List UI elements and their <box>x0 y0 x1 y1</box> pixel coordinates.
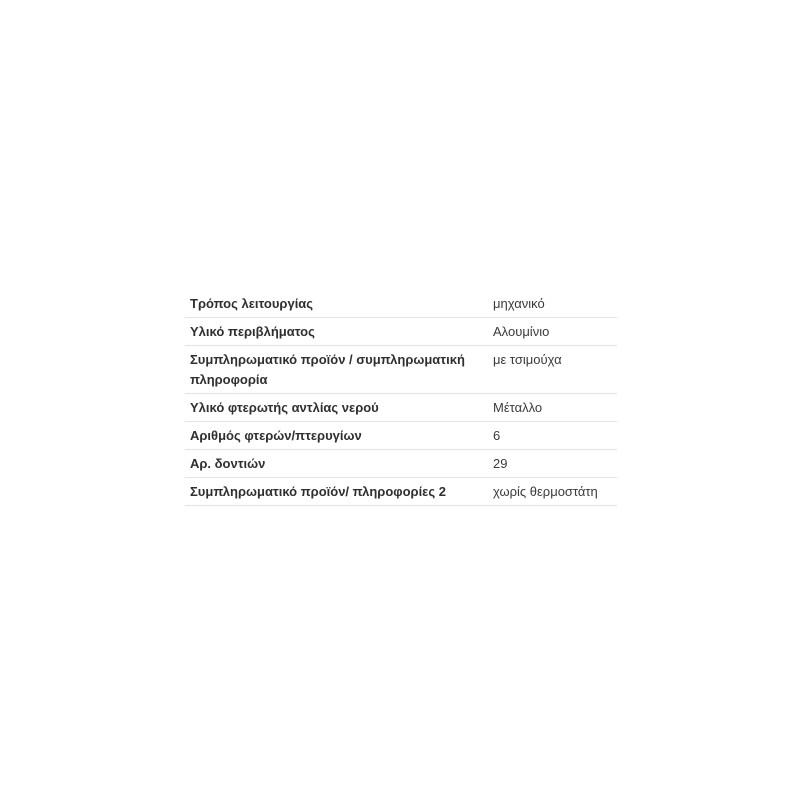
spec-value: Μέταλλο <box>488 394 617 422</box>
spec-label: Αρ. δοντιών <box>185 450 488 478</box>
spec-value: 29 <box>488 450 617 478</box>
table-row: Υλικό φτερωτής αντλίας νερού Μέταλλο <box>185 394 617 422</box>
specifications-table: Τρόπος λειτουργίας μηχανικό Υλικό περιβλ… <box>185 290 617 506</box>
table-row: Αρ. δοντιών 29 <box>185 450 617 478</box>
spec-value: με τσιμούχα <box>488 346 617 394</box>
table-row: Συμπληρωματικό προϊόν/ πληροφορίες 2 χωρ… <box>185 478 617 506</box>
spec-value: μηχανικό <box>488 290 617 318</box>
table-row: Αριθμός φτερών/πτερυγίων 6 <box>185 422 617 450</box>
spec-value: Αλουμίνιο <box>488 318 617 346</box>
table-row: Συμπληρωματικό προϊόν / συμπληρωματική π… <box>185 346 617 394</box>
spec-label: Συμπληρωματικό προϊόν/ πληροφορίες 2 <box>185 478 488 506</box>
spec-label: Υλικό περιβλήματος <box>185 318 488 346</box>
spec-value: χωρίς θερμοστάτη <box>488 478 617 506</box>
spec-label: Συμπληρωματικό προϊόν / συμπληρωματική π… <box>185 346 488 394</box>
spec-value: 6 <box>488 422 617 450</box>
spec-label: Τρόπος λειτουργίας <box>185 290 488 318</box>
spec-label: Αριθμός φτερών/πτερυγίων <box>185 422 488 450</box>
table-row: Τρόπος λειτουργίας μηχανικό <box>185 290 617 318</box>
table-row: Υλικό περιβλήματος Αλουμίνιο <box>185 318 617 346</box>
spec-label: Υλικό φτερωτής αντλίας νερού <box>185 394 488 422</box>
